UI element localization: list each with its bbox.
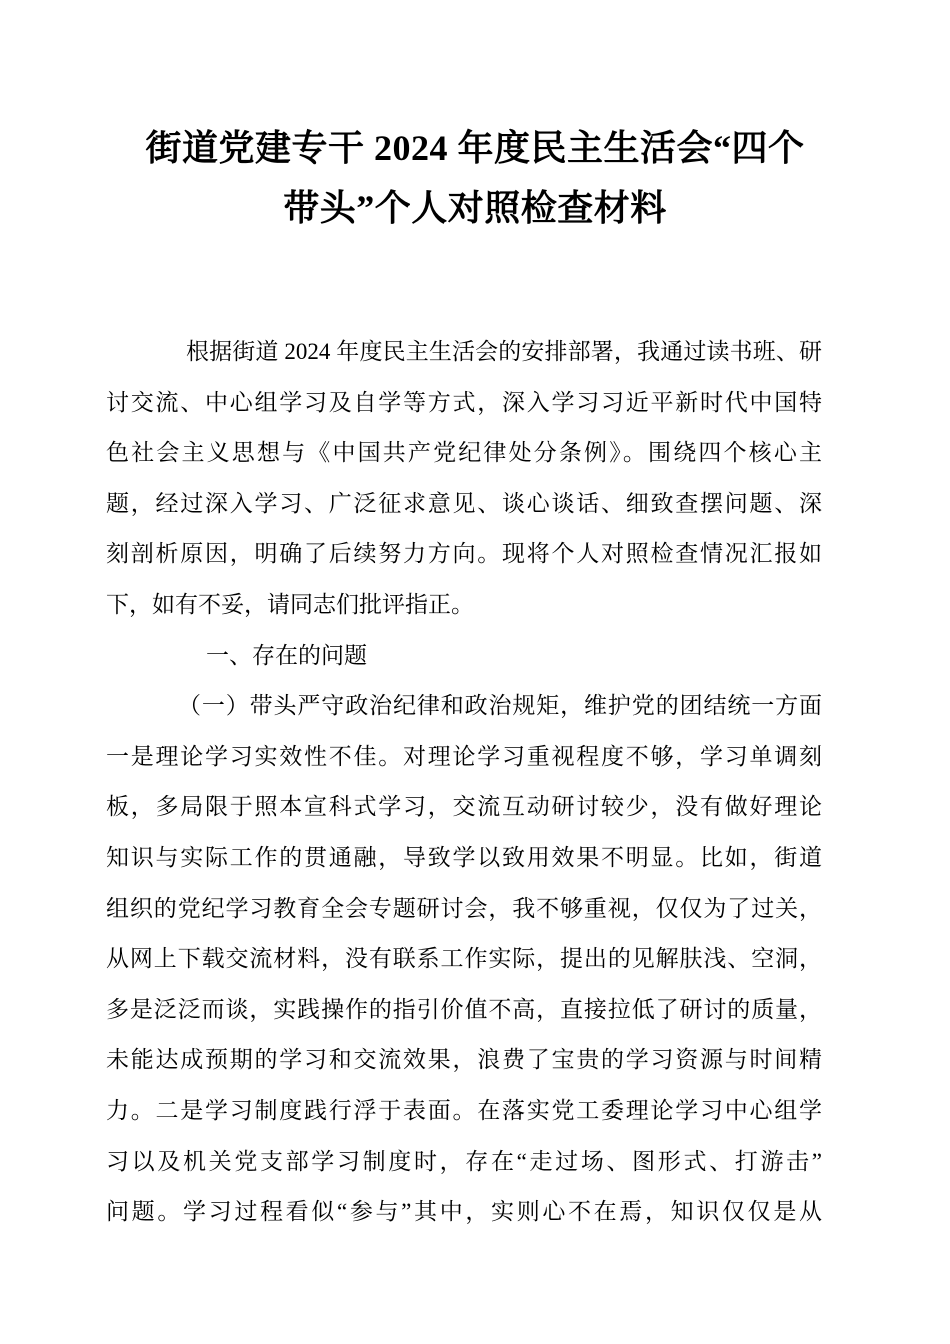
paragraph-line: （一）带头严守政治纪律和政治规矩，维护党的团结统一方面 <box>106 681 822 732</box>
paragraph-line: 刻剖析原因，明确了后续努力方向。现将个人对照检查情况汇报如 <box>106 529 822 580</box>
paragraph-line: 根据街道 2024 年度民主生活会的安排部署，我通过读书班、研 <box>106 327 822 378</box>
document-title: 街道党建专干 2024 年度民主生活会“四个 带头”个人对照检查材料 <box>0 118 950 238</box>
document-title-line-2: 带头”个人对照检查材料 <box>60 178 890 238</box>
paragraph-line: 知识与实际工作的贯通融，导致学以致用效果不明显。比如，街道 <box>106 833 822 884</box>
paragraph-line: 题，经过深入学习、广泛征求意见、谈心谈话、细致查摆问题、深 <box>106 479 822 530</box>
paragraph-line: 板，多局限于照本宣科式学习，交流互动研讨较少，没有做好理论 <box>106 782 822 833</box>
paragraph-line: 一是理论学习实效性不佳。对理论学习重视程度不够，学习单调刻 <box>106 732 822 783</box>
paragraph-line: 从网上下载交流材料，没有联系工作实际，提出的见解肤浅、空洞， <box>106 934 822 985</box>
paragraph-line: 多是泛泛而谈，实践操作的指引价值不高，直接拉低了研讨的质量， <box>106 985 822 1036</box>
paragraph-line: 问题。学习过程看似“参与”其中，实则心不在焉，知识仅仅是从 <box>106 1187 822 1238</box>
paragraph-line: 色社会主义思想与《中国共产党纪律处分条例》。围绕四个核心主 <box>106 428 822 479</box>
paragraph-line: 下，如有不妥，请同志们批评指正。 <box>106 580 822 631</box>
paragraph-line: 习以及机关党支部学习制度时，存在“走过场、图形式、打游击” <box>106 1137 822 1188</box>
paragraph-line: 未能达成预期的学习和交流效果，浪费了宝贵的学习资源与时间精 <box>106 1035 822 1086</box>
document-title-line-1: 街道党建专干 2024 年度民主生活会“四个 <box>60 118 890 178</box>
paragraph-line: 讨交流、中心组学习及自学等方式，深入学习习近平新时代中国特 <box>106 378 822 429</box>
section-heading: 一、存在的问题 <box>106 631 822 682</box>
document-body: 根据街道 2024 年度民主生活会的安排部署，我通过读书班、研 讨交流、中心组学… <box>106 327 822 1238</box>
document-page: 街道党建专干 2024 年度民主生活会“四个 带头”个人对照检查材料 根据街道 … <box>0 0 950 1344</box>
paragraph-line: 力。二是学习制度践行浮于表面。在落实党工委理论学习中心组学 <box>106 1086 822 1137</box>
paragraph-line: 组织的党纪学习教育全会专题研讨会，我不够重视，仅仅为了过关， <box>106 884 822 935</box>
